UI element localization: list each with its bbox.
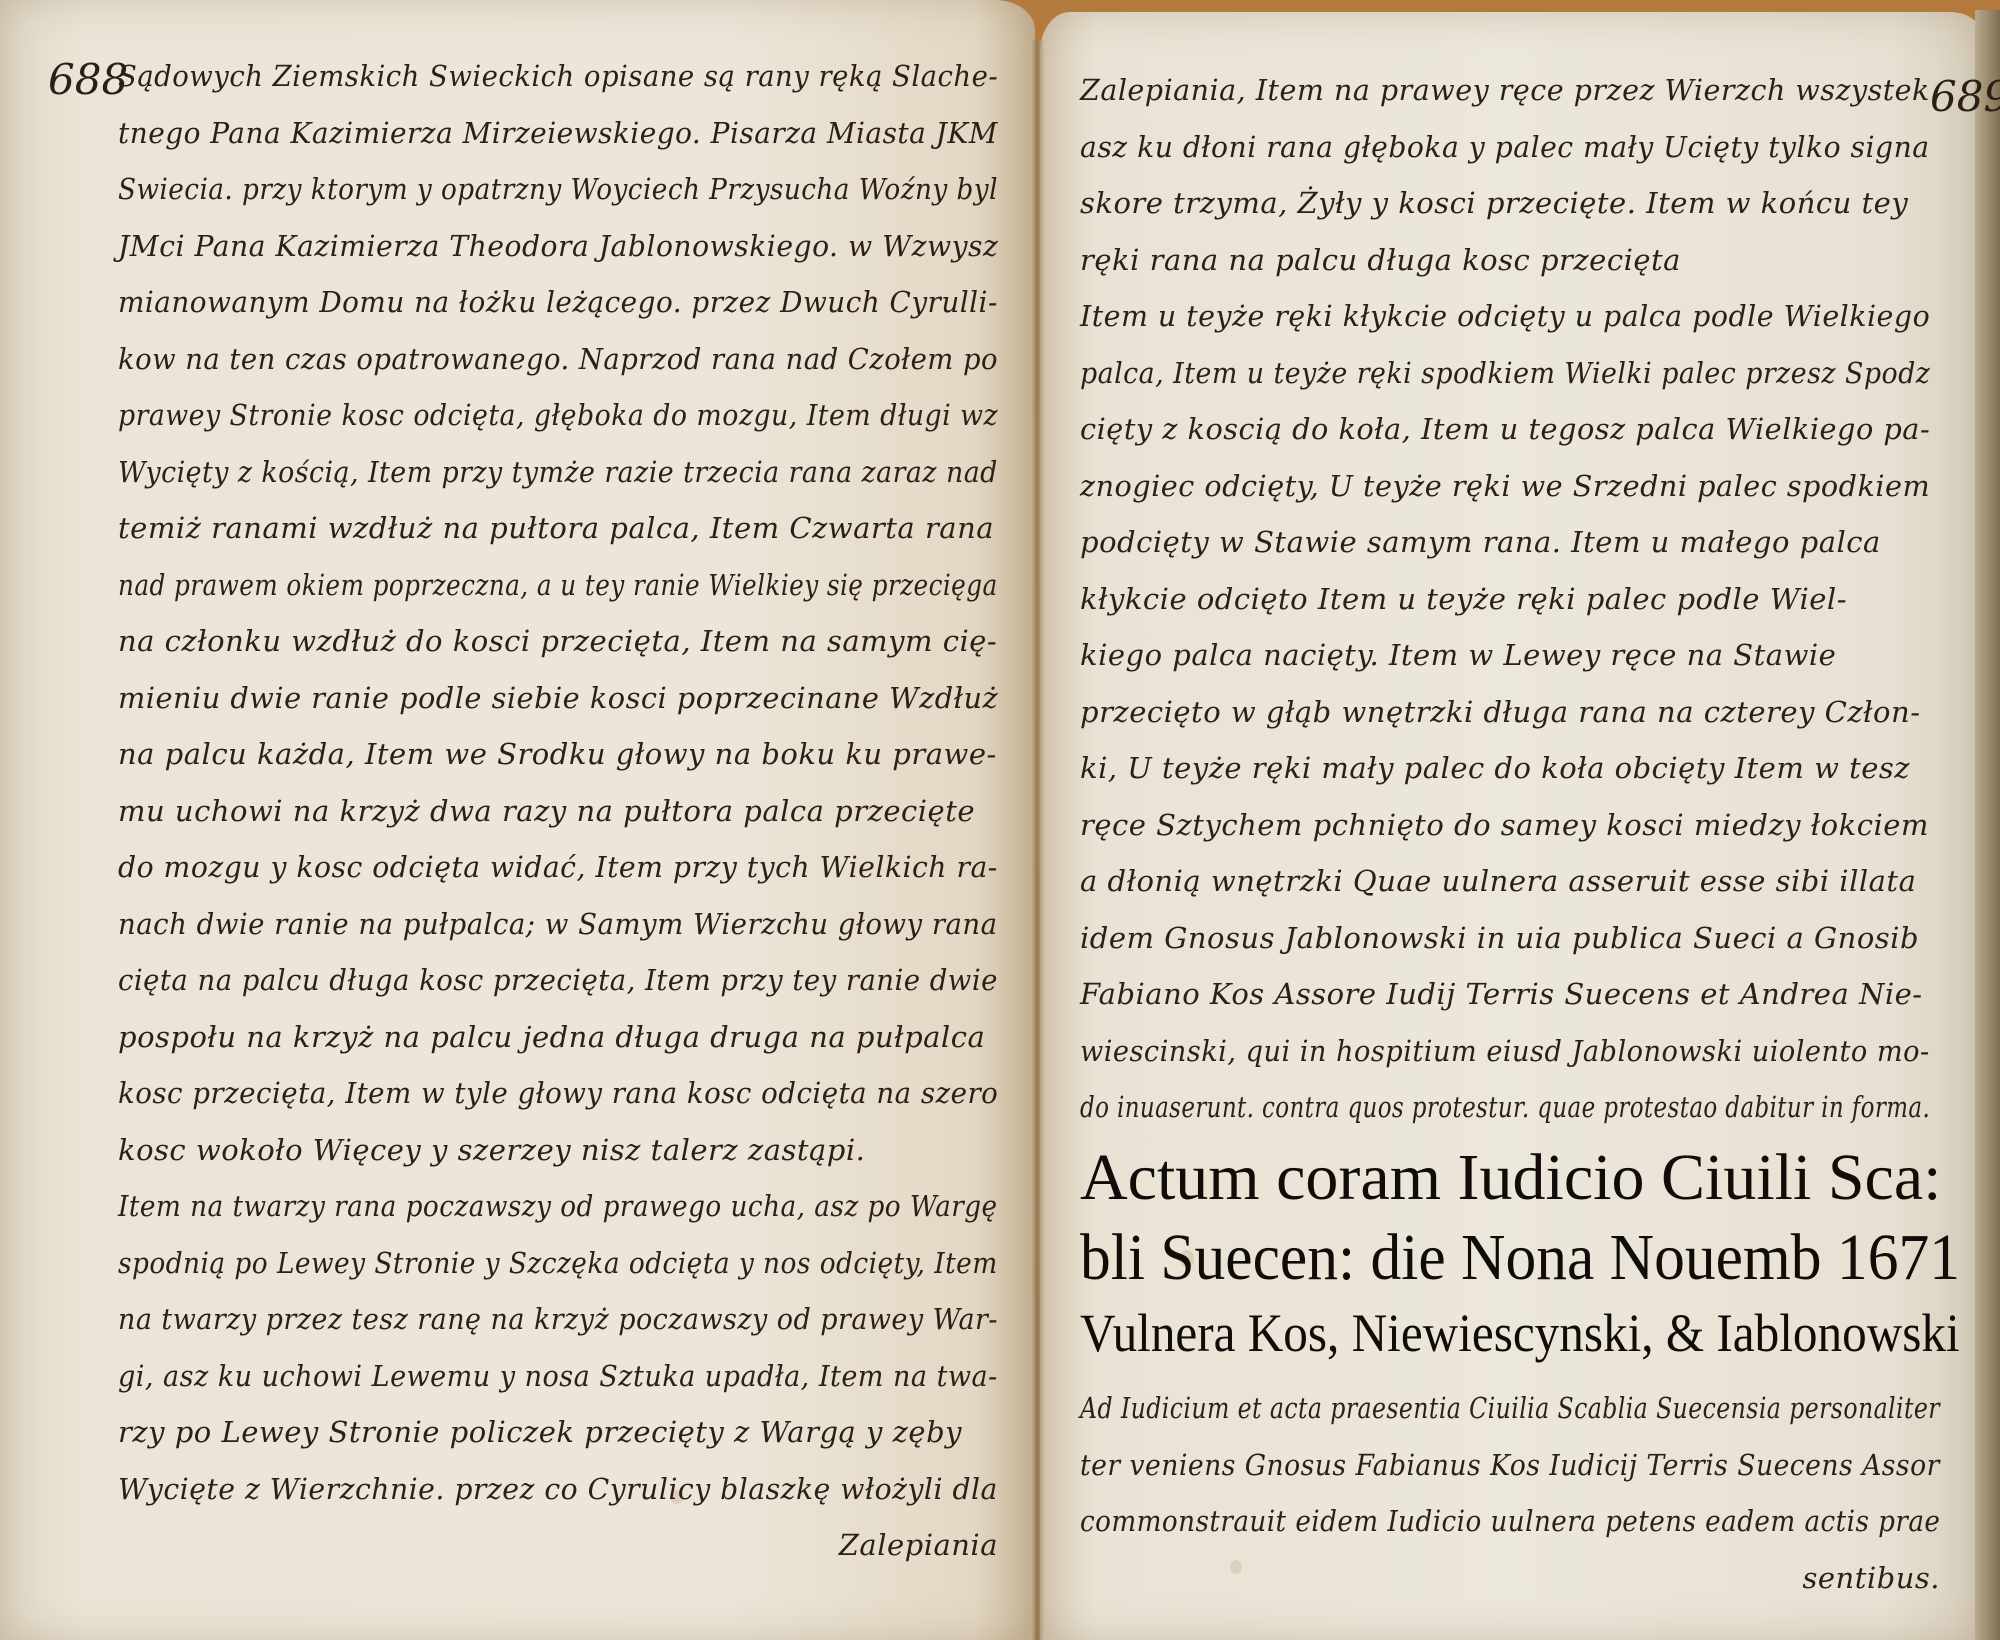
text-line: prawey Stronie kosc odcięta, głęboka do … [118,387,931,444]
text-line: kow na ten czas opatrowanego. Naprzod ra… [118,331,951,388]
text-line: mianowanym Domu na łożku leżącego. przez… [118,274,963,331]
text-line: JMci Pana Kazimierza Theodora Jablonowsk… [118,218,975,275]
right-page-number: 689 [1930,72,2000,121]
page-edge [1975,10,2000,1640]
text-line: Item na twarzy rana poczawszy od prawego… [118,1178,916,1235]
text-line: mieniu dwie ranie podle siebie kosci pop… [118,670,991,727]
closing-text: Ad Iudicium et acta praesentia Ciuilia S… [1080,1380,1940,1606]
text-line: Zalepiania, Item na prawey ręce przez Wi… [1080,62,1916,119]
text-line: ręce Sztychem pchnięto do samey kosci mi… [1080,797,1930,854]
heading-line: Actum coram Iudicio Ciuili Sca: [1080,1138,1960,1218]
text-line: pospołu na krzyż na palcu jedna długa dr… [118,1009,998,1066]
text-line: mu uchowi na krzyż dwa razy na pułtora p… [118,783,998,840]
text-line: Wycięty z kością, Item przy tymże razie … [118,444,932,501]
text-line: gi, asz ku uchowi Lewemu y nosa Sztuka u… [118,1348,939,1405]
book-gutter [1030,40,1044,1640]
text-line: tnego Pana Kazimierza Mirzeiewskiego. Pi… [118,105,966,162]
text-line: nad prawem okiem poprzeczna, a u tey ran… [118,557,868,614]
text-line: idem Gnosus Jablonowski in uia publica S… [1080,910,1930,967]
text-line: Wycięte z Wierzchnie. przez co Cyrulicy … [118,1461,976,1518]
left-page-text: Sądowych Ziemskich Swieckich opisane są … [118,48,998,1574]
text-line: cięty z koscią do koła, Item u tegosz pa… [1080,401,1923,458]
text-line: znogiec odcięty, U teyże ręki we Srzedni… [1080,458,1920,515]
text-line: commonstrauit eidem Iudicio uulnera pete… [1080,1493,1857,1550]
text-line: Sądowych Ziemskich Swieckich opisane są … [118,48,952,105]
text-line: na palcu każda, Item we Srodku głowy na … [118,726,998,783]
act-heading: Actum coram Iudicio Ciuili Sca:bli Suece… [1080,1138,1960,1368]
text-line: ter veniens Gnosus Fabianus Kos Iudicij … [1080,1437,1870,1494]
text-line: do inuaserunt. contra quos protestur. qu… [1080,1079,1753,1136]
book-spread: 688 Sądowych Ziemskich Swieckich opisane… [0,0,2000,1640]
text-line: wiescinski, qui in hospitium eiusd Jablo… [1080,1023,1877,1080]
heading-line: bli Suecen: die Nona Nouemb 1671 [1080,1218,1900,1298]
right-page-text: Zalepiania, Item na prawey ręce przez Wi… [1080,62,1930,1136]
text-line: Item u teyże ręki kłykcie odcięty u palc… [1080,288,1913,345]
text-line: kosc przecięta, Item w tyle głowy rana k… [118,1065,957,1122]
text-line: do mozgu y kosc odcięta widać, Item przy… [118,839,976,896]
text-line: rzy po Lewey Stronie policzek przecięty … [118,1404,998,1461]
text-line: ręki rana na palcu długa kosc przecięta [1080,232,1930,289]
left-page-number: 688 [48,55,128,104]
text-line: Ad Iudicium et acta praesentia Ciuilia S… [1080,1380,1780,1437]
text-line: spodnią po Lewey Stronie y Szczęka odcię… [118,1235,919,1292]
text-line: na twarzy przez tesz ranę na krzyż pocza… [118,1291,937,1348]
text-line: kłykcie odcięto Item u teyże ręki palec … [1080,571,1930,628]
text-line: Fabiano Kos Assore Iudij Terris Suecens … [1080,966,1930,1023]
text-line: Zalepiania [118,1517,998,1574]
text-line: Swiecia. przy ktorym y opatrzny Woyciech… [118,161,916,218]
text-line: ki, U teyże ręki mały palec do koła obci… [1080,740,1930,797]
text-line: asz ku dłoni rana głęboka y palec mały U… [1080,119,1908,176]
text-line: na członku wzdłuż do kosci przecięta, It… [118,613,998,670]
text-line: podcięty w Stawie samym rana. Item u mał… [1080,514,1930,571]
text-line: nach dwie ranie na pułpalca; w Samym Wie… [118,896,955,953]
text-line: palca, Item u teyże ręki spodkiem Wielki… [1080,345,1867,402]
heading-line: Vulnera Kos, Niewiescynski, & Iablonowsk… [1080,1298,1882,1368]
text-line: sentibus. [1080,1550,1940,1607]
text-line: kiego palca nacięty. Item w Lewey ręce n… [1080,627,1930,684]
text-line: temiż ranami wzdłuż na pułtora palca, It… [118,500,998,557]
text-line: przecięto w głąb wnętrzki długa rana na … [1080,684,1930,741]
text-line: kosc wokoło Więcey y szerzey nisz talerz… [118,1122,998,1179]
text-line: skore trzyma, Żyły y kosci przecięte. It… [1080,175,1930,232]
text-line: cięta na palcu długa kosc przecięta, Ite… [118,952,952,1009]
text-line: a dłonią wnętrzki Quae uulnera asseruit … [1080,853,1930,910]
